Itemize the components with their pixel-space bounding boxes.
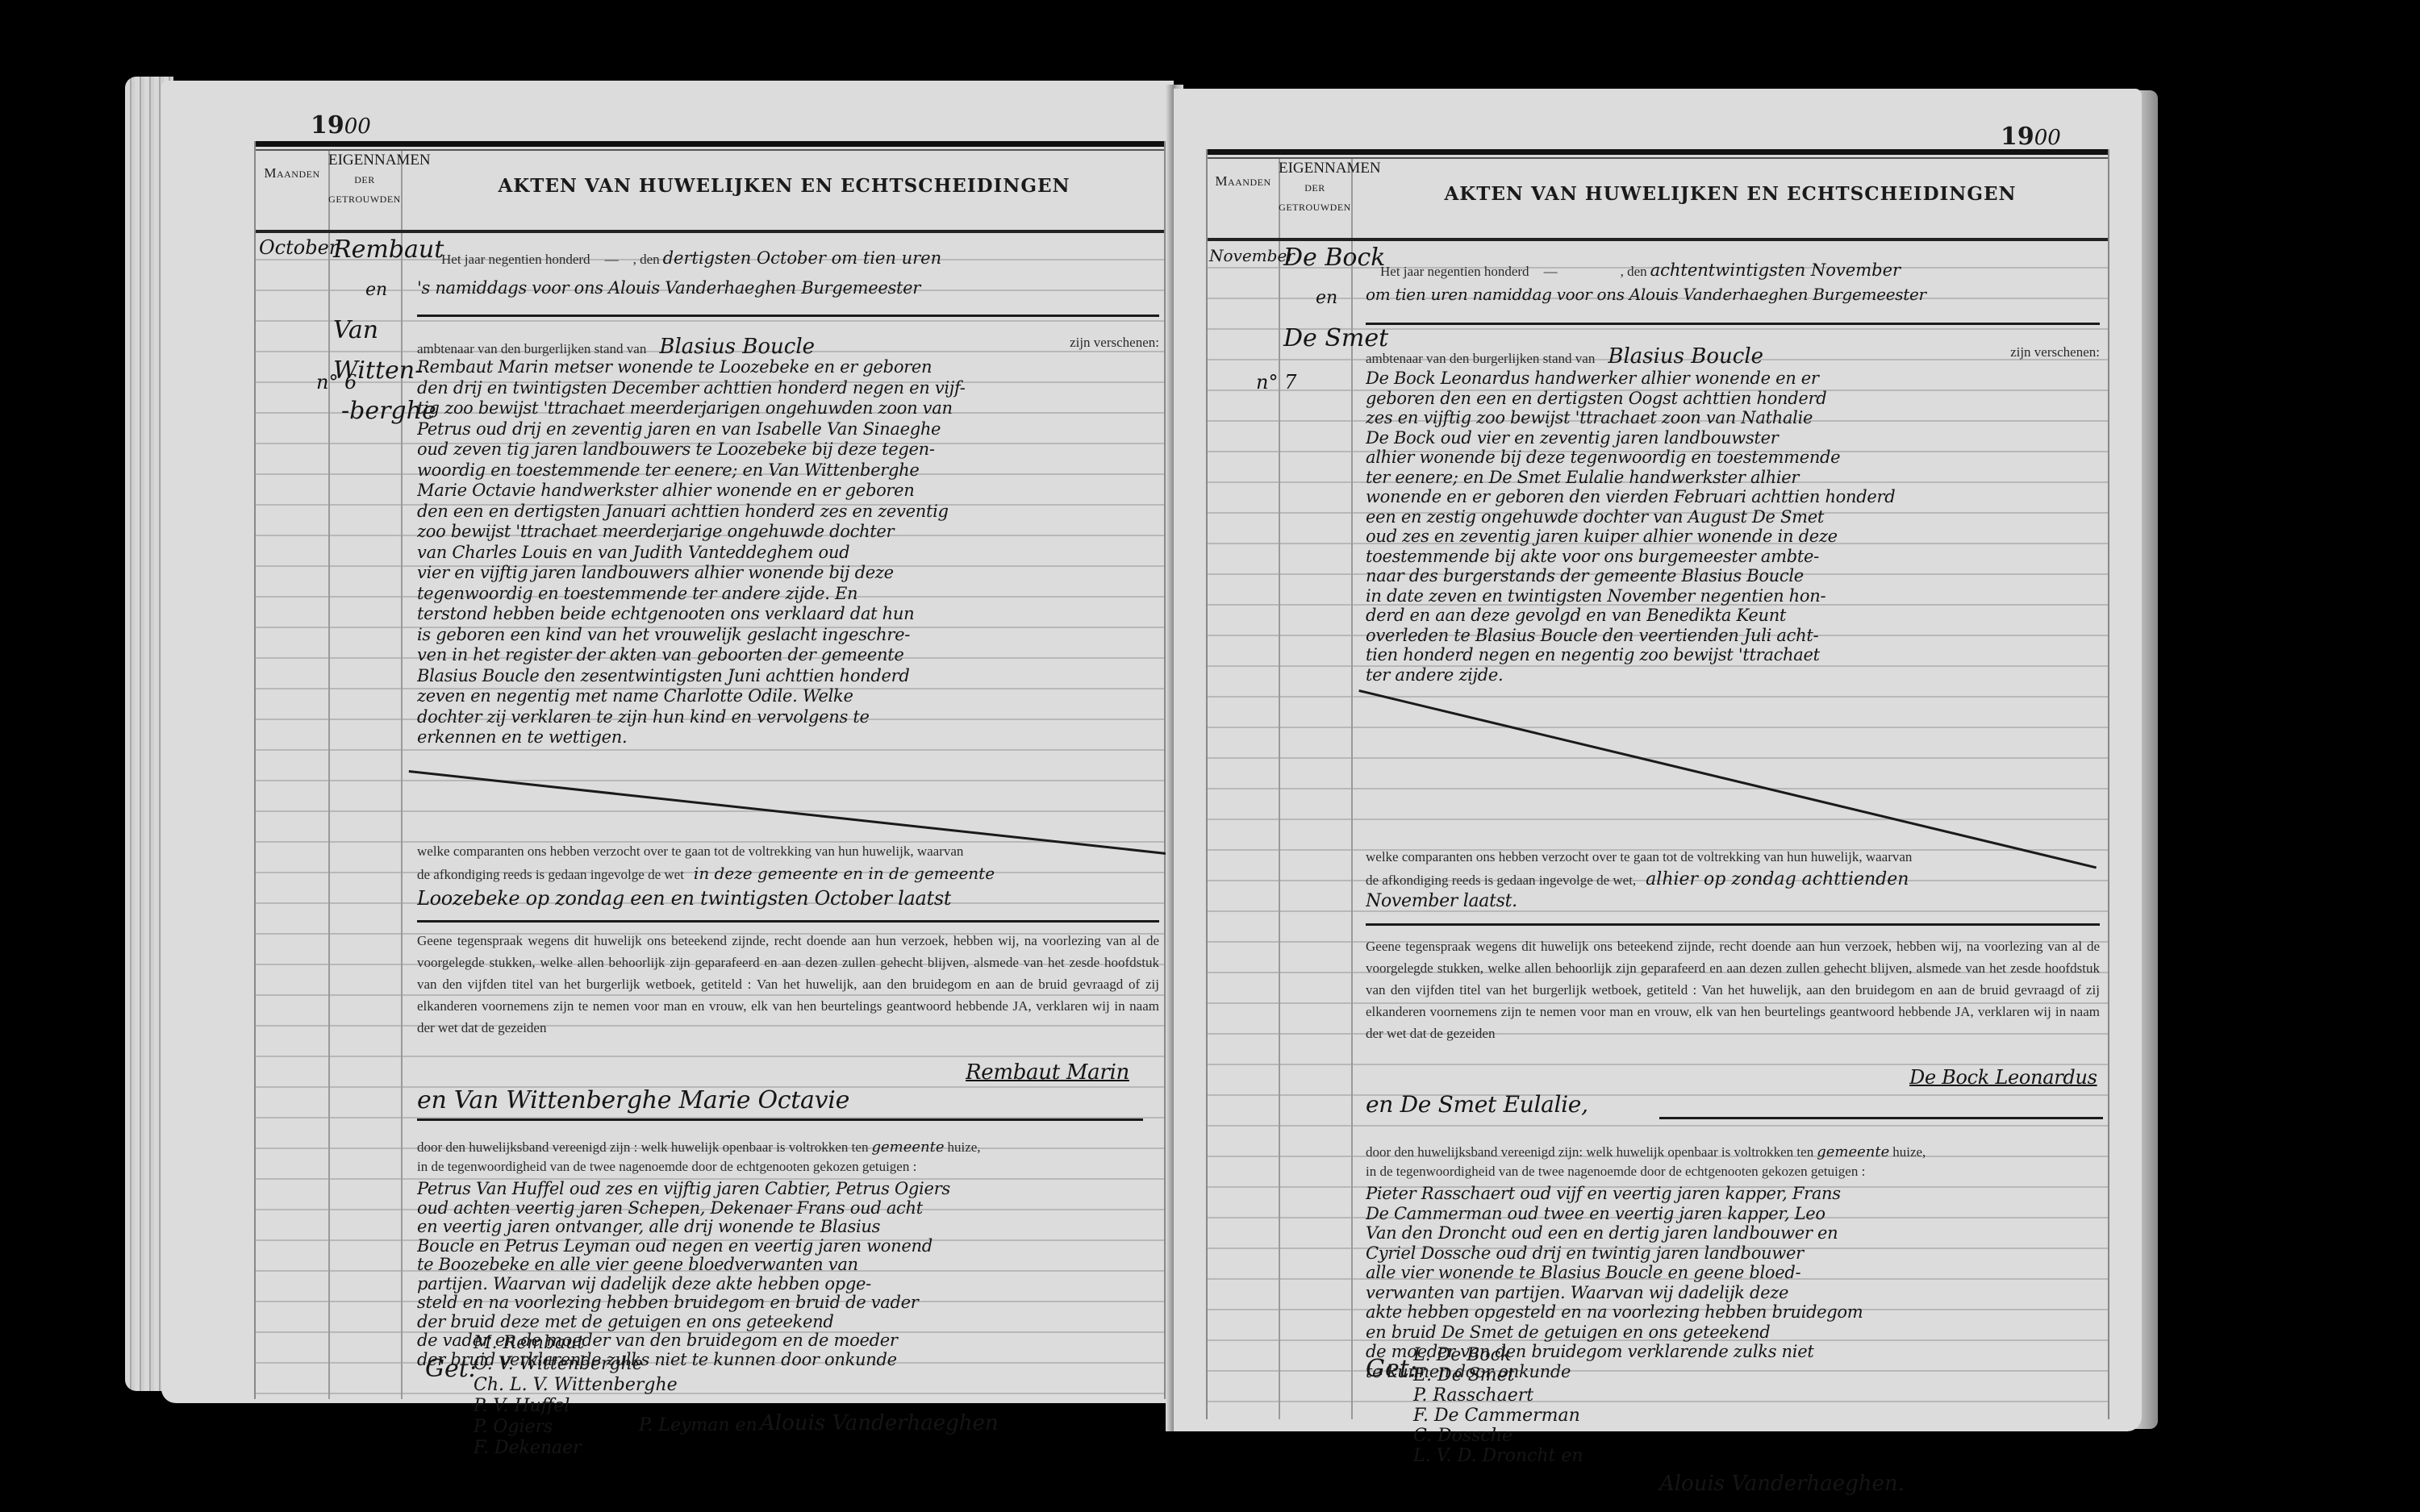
handwritten-line: is geboren een kind van het vrouwelijk g…	[417, 625, 1159, 644]
signature: P. Rasschaert	[1413, 1385, 1533, 1406]
union-place: gemeente	[871, 1139, 944, 1156]
signature: M. Rembaut	[474, 1333, 584, 1353]
entry-month: October	[259, 236, 338, 259]
handwritten-line: alhier wonende bij deze tegenwoordig en …	[1366, 448, 2100, 467]
handwritten-line: geboren den een en dertigsten Oogst acht…	[1366, 389, 2100, 408]
handwritten-line: ter eenere; en De Smet Eulalie handwerks…	[1366, 468, 2100, 487]
signature: E. De Smet	[1413, 1365, 1515, 1385]
act-number: n° 7	[1256, 371, 1296, 394]
handwritten-line: naar des burgerstands der gemeente Blasi…	[1366, 566, 2100, 585]
signature: F. De Cammerman	[1413, 1406, 1580, 1426]
handwritten-line: zoo bewijst 'ttrachaet meerderjarige ong…	[417, 522, 1159, 541]
intro-printed-den: , den	[633, 252, 660, 267]
handwritten-line: toestemmende bij akte voor ons burgemees…	[1366, 547, 2100, 566]
handwritten-line: Cyriel Dossche oud drij en twintig jaren…	[1366, 1243, 2100, 1263]
intro-handwritten-date: dertigsten October om tien uren	[663, 248, 942, 268]
handwritten-line: wonende en er geboren den vierden Februa…	[1366, 487, 2100, 506]
union-place: gemeente	[1817, 1143, 1889, 1160]
intro-printed-ambtenaar: ambtenaar van den burgerlijken stand van	[417, 341, 646, 356]
signatures-label: Get:	[425, 1355, 477, 1383]
separator-rule	[1659, 1117, 2103, 1119]
intro-line-1: Het jaar negentien honderd — , den achte…	[1366, 260, 2100, 280]
register-title: AKTEN VAN HUWELIJKEN EN ECHTSCHEIDINGEN	[1351, 183, 2109, 205]
mayor-signature: Alouis Vanderhaeghen.	[1659, 1472, 1905, 1496]
handwritten-line: vier en vijftig jaren landbouwers alhier…	[417, 563, 1159, 582]
handwritten-line: De Bock oud vier en zeventig jaren landb…	[1366, 428, 2100, 448]
top-rule	[256, 141, 1164, 147]
union-line-1: door den huwelijksband vereenigd zijn: w…	[1366, 1143, 1926, 1160]
declaration-bride: en De Smet Eulalie,	[1366, 1091, 1588, 1118]
handwritten-line: steld en na voorlezing hebben bruidegom …	[417, 1293, 1159, 1312]
intro-dash: —	[1544, 264, 1558, 279]
column-header-months: Maanden	[1208, 173, 1279, 190]
handwritten-line: tien honderd negen en negentig zoo bewij…	[1366, 645, 2100, 664]
signature-extra: P. Leyman en	[639, 1415, 757, 1435]
intro-printed-ambtenaar: ambtenaar van den burgerlijken stand van	[1366, 351, 1595, 366]
handwritten-line: alle vier wonende te Blasius Boucle en g…	[1366, 1263, 2100, 1282]
publication-handwritten-1: in deze gemeente en in de gemeente	[694, 864, 995, 883]
handwritten-line: dochter zij verklaren te zijn hun kind e…	[417, 707, 1159, 727]
handwritten-line: tegenwoordig en toestemmende ter andere …	[417, 584, 1159, 603]
act-number: n° 6	[316, 371, 357, 394]
publication-line-1: welke comparanten ons hebben verzocht ov…	[1366, 849, 1912, 865]
intro-line-3: ambtenaar van den burgerlijken stand van…	[1366, 344, 2100, 369]
handwritten-line: tig zoo bewijst 'ttrachaet meerderjarige…	[417, 398, 1159, 418]
handwritten-line: partijen. Waarvan wij dadelijk deze akte…	[417, 1274, 1159, 1293]
publication-printed: de afkondiging reeds is gedaan ingevolge…	[417, 867, 684, 882]
signature: L. De Bock	[1413, 1345, 1511, 1365]
open-register-book: 1900 Maanden EIGENNAMEN DER GETROUWDEN A…	[0, 0, 2420, 1512]
intro-line-2: om tien uren namiddag voor ons Alouis Va…	[1366, 285, 2100, 304]
column-divider	[328, 151, 330, 1399]
handwritten-line: De Cammerman oud twee en veertig jaren k…	[1366, 1204, 2100, 1223]
handwritten-line: De Bock Leonardus handwerker alhier wone…	[1366, 369, 2100, 388]
union-line-2: in de tegenwoordigheid van de twee nagen…	[1366, 1164, 1865, 1180]
intro-printed-den: , den	[1621, 264, 1647, 279]
handwritten-line: zes en vijftig zoo bewijst 'ttrachaet zo…	[1366, 408, 2100, 427]
handwritten-line: Blasius Boucle den zesentwintigsten Juni…	[417, 666, 1159, 685]
union-printed: door den huwelijksband vereenigd zijn: w…	[1366, 1144, 1813, 1160]
signature: F. Dekenaer	[474, 1438, 582, 1458]
union-printed-huize: huize,	[947, 1139, 980, 1155]
handwritten-line: Rembaut Marin metser wonende te Loozebek…	[417, 357, 1159, 377]
year-label: 1900	[311, 111, 371, 140]
signature: O. V. Wittenberghe	[474, 1354, 643, 1374]
intro-handwritten-date: achtentwintigsten November	[1650, 260, 1901, 280]
intro-line-1: Het jaar negentien honderd — , den derti…	[417, 248, 1159, 268]
handwritten-line: ven in het register der akten van geboor…	[417, 645, 1159, 664]
signature: Ch. L. V. Wittenberghe	[474, 1375, 678, 1395]
signature: C. Dossche	[1413, 1426, 1512, 1446]
year-label: 1900	[2001, 123, 2061, 151]
union-line-2: in de tegenwoordigheid van de twee nagen…	[417, 1159, 916, 1175]
handwritten-line: in date zeven en twintigsten November ne…	[1366, 586, 2100, 606]
handwritten-line: Marie Octavie handwerkster alhier wonend…	[417, 481, 1159, 500]
publication-line-3: Loozebeke op zondag een en twintigsten O…	[417, 887, 951, 910]
declaration-bride: en Van Wittenberghe Marie Octavie	[417, 1086, 849, 1114]
year-handwritten: 00	[344, 115, 371, 139]
right-ledger-table: Maanden EIGENNAMEN DER GETROUWDEN AKTEN …	[1206, 149, 2109, 1419]
handwritten-line: een en zestig ongehuwde dochter van Augu…	[1366, 507, 2100, 527]
handwritten-line: Petrus Van Huffel oud zes en vijftig jar…	[417, 1179, 1159, 1198]
handwritten-line: den een en dertigsten Januari achttien h…	[417, 502, 1159, 521]
handwritten-line: akte hebben opgesteld en na voorlezing h…	[1366, 1302, 2100, 1322]
handwritten-line: Van den Droncht oud een en dertig jaren …	[1366, 1223, 2100, 1243]
handwritten-line: zeven en negentig met name Charlotte Odi…	[417, 686, 1159, 706]
signatures-label: Get:	[1366, 1355, 1417, 1383]
publication-printed: de afkondiging reeds is gedaan ingevolge…	[1366, 873, 1636, 888]
separator-rule	[417, 314, 1159, 317]
intro-dash: —	[605, 252, 619, 267]
handwritten-line: terstond hebben beide echtgenooten ons v…	[417, 604, 1159, 623]
top-rule	[1208, 149, 2108, 155]
column-header-months: Maanden	[256, 165, 328, 181]
intro-printed-verschenen: zijn verschenen:	[2010, 344, 2100, 360]
declaration-paragraph: Geene tegenspraak wegens dit huwelijk on…	[1366, 935, 2100, 1044]
column-header-names-sub: DER GETROUWDEN	[1279, 178, 1351, 217]
intro-line-2: 's namiddags voor ons Alouis Vanderhaegh…	[417, 278, 1159, 298]
union-printed: door den huwelijksband vereenigd zijn : …	[417, 1139, 868, 1155]
publication-line-1: welke comparanten ons hebben verzocht ov…	[417, 843, 963, 860]
handwritten-line: den drij en twintigsten December achttie…	[417, 378, 1159, 398]
separator-rule	[1366, 923, 2100, 926]
declaration-groom: Rembaut Marin	[966, 1060, 1129, 1085]
declaration-paragraph: Geene tegenspraak wegens dit huwelijk on…	[417, 930, 1159, 1039]
intro-printed-year: Het jaar negentien honderd	[441, 252, 590, 267]
separator-rule	[417, 920, 1159, 923]
signature: P. Ogiers	[474, 1417, 553, 1437]
column-header-names: EIGENNAMEN DER GETROUWDEN	[328, 151, 401, 209]
separator-rule	[417, 1118, 1143, 1121]
handwritten-line: te Boozebeke en alle vier geene bloedver…	[417, 1255, 1159, 1274]
intro-printed-verschenen: zijn verschenen:	[1070, 335, 1159, 351]
handwritten-line: oud achten veertig jaren Schepen, Dekena…	[417, 1198, 1159, 1218]
handwritten-line: Boucle en Petrus Leyman oud negen en vee…	[417, 1236, 1159, 1256]
year-handwritten: 00	[2034, 126, 2061, 150]
handwritten-line: erkennen en te wettigen.	[417, 727, 1159, 747]
publication-line-2: de afkondiging reeds is gedaan ingevolge…	[417, 864, 995, 883]
signature: L. V. D. Droncht en	[1413, 1446, 1583, 1466]
intro-line-3: ambtenaar van den burgerlijken stand van…	[417, 335, 1159, 359]
publication-line-2: de afkondiging reeds is gedaan ingevolge…	[1366, 869, 1909, 889]
union-line-1: door den huwelijksband vereenigd zijn : …	[417, 1139, 981, 1156]
entry-month: November	[1209, 246, 1295, 265]
separator-rule	[1366, 323, 2100, 325]
left-page: 1900 Maanden EIGENNAMEN DER GETROUWDEN A…	[161, 81, 1174, 1403]
register-title: AKTEN VAN HUWELIJKEN EN ECHTSCHEIDINGEN	[401, 175, 1167, 197]
handwritten-line: Pieter Rasschaert oud vijf en veertig ja…	[1366, 1184, 2100, 1203]
column-divider	[1279, 159, 1280, 1419]
column-header-names-sub: DER GETROUWDEN	[328, 170, 401, 209]
handwritten-line: overleden te Blasius Boucle den veertien…	[1366, 626, 2100, 645]
intro-municipality: Blasius Boucle	[659, 335, 815, 359]
handwritten-line: der bruid deze met de getuigen en ons ge…	[417, 1312, 1159, 1331]
handwritten-line: derd en aan deze gevolgd en van Benedikt…	[1366, 606, 2100, 625]
handwritten-line: en veertig jaren ontvanger, alle drij wo…	[417, 1217, 1159, 1236]
handwritten-line: van Charles Louis en van Judith Vantedde…	[417, 543, 1159, 562]
union-printed-huize: huize,	[1892, 1144, 1926, 1160]
left-ledger-table: Maanden EIGENNAMEN DER GETROUWDEN AKTEN …	[254, 141, 1166, 1399]
column-header-names: EIGENNAMEN DER GETROUWDEN	[1279, 159, 1351, 217]
publication-line-3: November laatst.	[1366, 891, 1517, 911]
year-printed: 19	[2001, 123, 2034, 151]
declaration-groom: De Bock Leonardus	[1909, 1066, 2097, 1089]
handwritten-line: ter andere zijde.	[1366, 665, 2100, 685]
intro-municipality: Blasius Boucle	[1608, 344, 1763, 369]
column-header-names-title: EIGENNAMEN	[1279, 160, 1381, 177]
column-header-names-title: EIGENNAMEN	[328, 152, 431, 169]
publication-handwritten-1: alhier op zondag achttienden	[1646, 869, 1909, 889]
signature: P. V. Huffel	[474, 1396, 570, 1416]
mayor-signature: Alouis Vanderhaeghen	[760, 1411, 999, 1435]
handwritten-line: Petrus oud drij en zeventig jaren en van…	[417, 419, 1159, 439]
handwritten-line: en bruid De Smet de getuigen en ons gete…	[1366, 1322, 2100, 1342]
year-printed: 19	[311, 111, 344, 140]
intro-printed-year: Het jaar negentien honderd	[1380, 264, 1529, 279]
handwritten-line: oud zeven tig jaren landbouwers te Looze…	[417, 439, 1159, 459]
handwritten-line: verwanten van partijen. Waarvan wij dade…	[1366, 1283, 2100, 1302]
handwritten-line: oud zes en zeventig jaren kuiper alhier …	[1366, 527, 2100, 546]
handwritten-line: woordig en toestemmende ter eenere; en V…	[417, 460, 1159, 480]
right-page: 1900 Maanden EIGENNAMEN DER GETROUWDEN A…	[1174, 89, 2142, 1431]
